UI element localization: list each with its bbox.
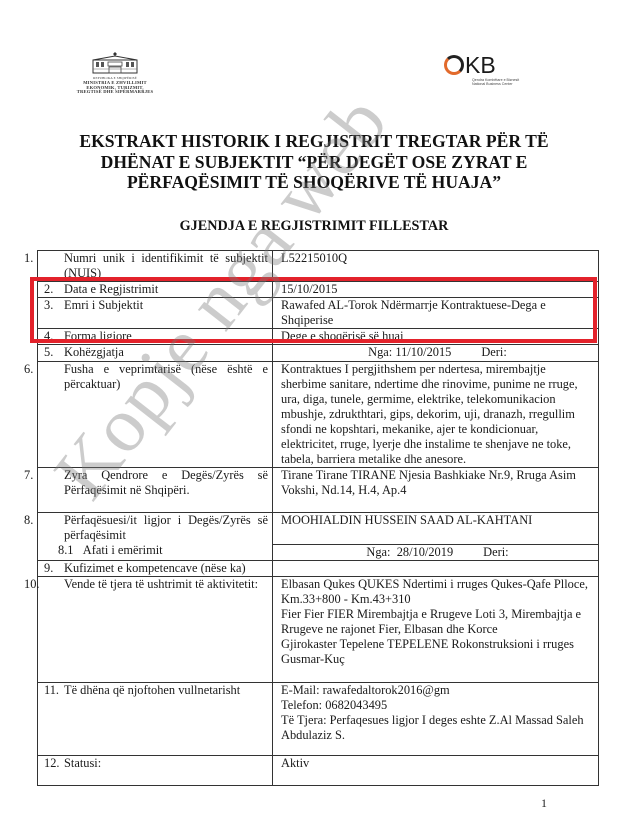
location-item: Fier Fier FIER Mirembajtja e Rrugeve Lot… bbox=[281, 607, 594, 637]
row-value-registration-date: 15/10/2015 bbox=[273, 282, 599, 298]
email-line: E-Mail: rawafedaltorok2016@gm bbox=[281, 683, 594, 698]
table-row: 10.Vende të tjera të ushtrimit të aktivi… bbox=[38, 577, 599, 683]
other-info-line: Të Tjera: Perfaqesues ligjor I deges esh… bbox=[281, 713, 594, 743]
document-title: EKSTRAKT HISTORIK I REGJISTRIT TREGTAR P… bbox=[40, 131, 588, 193]
row-value-nuis: L52215010Q bbox=[273, 251, 599, 282]
row-value-status: Aktiv bbox=[273, 756, 599, 786]
appointment-from: 28/10/2019 bbox=[397, 545, 453, 559]
page-number: 1 bbox=[541, 796, 547, 811]
row-value-voluntary-info: E-Mail: rawafedaltorok2016@gm Telefon: 0… bbox=[273, 683, 599, 756]
row-label: 9.Kufizimet e kompetencave (nëse ka) bbox=[38, 561, 273, 577]
table-row: 12.Statusi: Aktiv bbox=[38, 756, 599, 786]
table-row: 2.Data e Regjistrimit 15/10/2015 bbox=[38, 282, 599, 298]
registry-table: 1.Numri unik i identifikimit të subjekti… bbox=[37, 250, 599, 786]
row-label: 3.Emri i Subjektit bbox=[38, 298, 273, 329]
title-line-3: PËRFAQËSIMIT TË SHOQËRIVE TË HUAJA” bbox=[127, 172, 501, 192]
row-label: 10.Vende të tjera të ushtrimit të aktivi… bbox=[38, 577, 273, 683]
row-value-competence-limits bbox=[273, 561, 599, 577]
row-label: 5.Kohëzgjatja bbox=[38, 345, 273, 362]
duration-from: 11/10/2015 bbox=[395, 345, 451, 359]
row-value-activity-field: Kontraktues I pergjithshem per ndertesa,… bbox=[273, 362, 599, 468]
okb-mark: KB bbox=[444, 52, 496, 78]
row-value-subject-name: Rawafed AL-Torok Ndërmarrje Kontraktuese… bbox=[273, 298, 599, 329]
table-row: 1.Numri unik i identifikimit të subjekti… bbox=[38, 251, 599, 282]
section-title: GJENDJA E REGJISTRIMIT FILLESTAR bbox=[40, 218, 588, 235]
row-label: 1.Numri unik i identifikimit të subjekti… bbox=[38, 251, 273, 282]
title-line-2: DHËNAT E SUBJEKTIT “PËR DEGËT OSE ZYRAT … bbox=[101, 152, 528, 172]
okb-logo: KB Qendra Kombëtare e Biznesit National … bbox=[444, 52, 564, 88]
row-label: 7.Zyra Qendrore e Degës/Zyrës së Përfaqë… bbox=[38, 468, 273, 513]
row-value-legal-form: Dege e shoqërisë së huaj bbox=[273, 329, 599, 345]
phone-line: Telefon: 0682043495 bbox=[281, 698, 594, 713]
ministry-name: REPUBLIKA E SHQIPËRISË MINISTRIA E ZHVIL… bbox=[62, 76, 168, 95]
row-label: 4.Forma ligjore bbox=[38, 329, 273, 345]
row-label: 2.Data e Regjistrimit bbox=[38, 282, 273, 298]
sub-label-appointment-term: 8.1 Afati i emërimit bbox=[44, 543, 268, 558]
government-building-icon bbox=[87, 52, 143, 74]
okb-subtitle: Qendra Kombëtare e Biznesit National Bus… bbox=[472, 78, 519, 87]
table-row: 6.Fusha e veprimtarisë (nëse është e për… bbox=[38, 362, 599, 468]
row-label: 6.Fusha e veprimtarisë (nëse është e për… bbox=[38, 362, 273, 468]
location-item: Elbasan Qukes QUKES Ndertimi i rruges Qu… bbox=[281, 577, 594, 607]
row-value-legal-representative: MOOHIALDIN HUSSEIN SAAD AL-KAHTANI bbox=[273, 513, 599, 545]
table-row: 11.Të dhëna që njoftohen vullnetarisht E… bbox=[38, 683, 599, 756]
table-row: 5.Kohëzgjatja Nga: 11/10/2015Deri: bbox=[38, 345, 599, 362]
ministry-logo: REPUBLIKA E SHQIPËRISË MINISTRIA E ZHVIL… bbox=[62, 48, 168, 90]
ministry-line-3: TREGTISË DHE SIPËRMARRJES bbox=[77, 89, 153, 94]
table-row: 7.Zyra Qendrore e Degës/Zyrës së Përfaqë… bbox=[38, 468, 599, 513]
table-row: 4.Forma ligjore Dege e shoqërisë së huaj bbox=[38, 329, 599, 345]
okb-ring-icon bbox=[444, 55, 464, 75]
row-value-other-locations: Elbasan Qukes QUKES Ndertimi i rruges Qu… bbox=[273, 577, 599, 683]
row-label: 11.Të dhëna që njoftohen vullnetarisht bbox=[38, 683, 273, 756]
table-row: 3.Emri i Subjektit Rawafed AL-Torok Ndër… bbox=[38, 298, 599, 329]
location-item: Gjirokaster Tepelene TEPELENE Rokonstruk… bbox=[281, 637, 594, 667]
row-label: 8.Përfaqësuesi/it ligjor i Degës/Zyrës s… bbox=[38, 513, 273, 561]
table-row: 9.Kufizimet e kompetencave (nëse ka) bbox=[38, 561, 599, 577]
row-value-head-office: Tirane Tirane TIRANE Njesia Bashkiake Nr… bbox=[273, 468, 599, 513]
row-label: 12.Statusi: bbox=[38, 756, 273, 786]
row-value-appointment-term: Nga: 28/10/2019Deri: bbox=[273, 545, 599, 561]
title-line-1: EKSTRAKT HISTORIK I REGJISTRIT TREGTAR P… bbox=[79, 131, 548, 151]
table-row: 8.Përfaqësuesi/it ligjor i Degës/Zyrës s… bbox=[38, 513, 599, 545]
row-value-duration: Nga: 11/10/2015Deri: bbox=[273, 345, 599, 362]
